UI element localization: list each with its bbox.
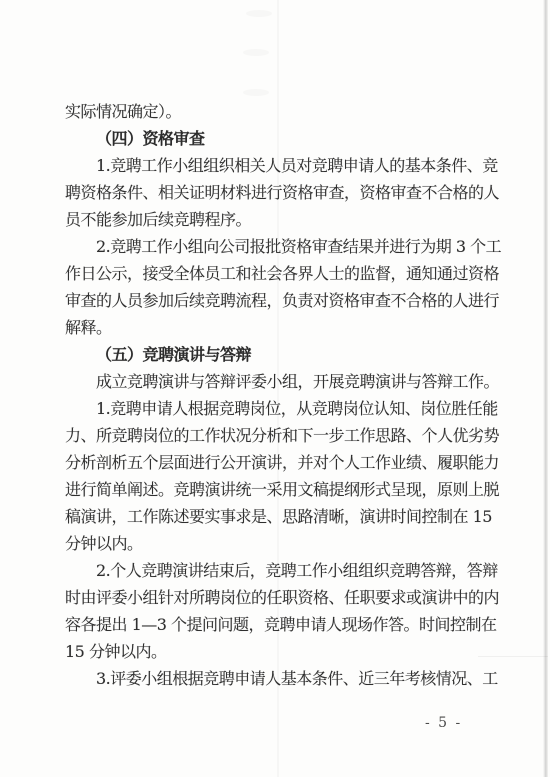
scan-smudge [246, 10, 272, 17]
text-line: 成立竞聘演讲与答辩评委小组，开展竞聘演讲与答辩工作。 [65, 368, 491, 395]
document-page: 实际情况确定）。（四）资格审查1.竞聘工作小组组织相关人员对竞聘申请人的基本条件… [0, 0, 550, 777]
text-line: 解释。 [65, 314, 491, 341]
text-line: 聘资格条件、相关证明材料进行资格审查，资格审查不合格的人 [65, 179, 491, 206]
text-line: 实际情况确定）。 [65, 98, 491, 125]
text-line: 15 分钟以内。 [65, 638, 491, 665]
text-line: 2.个人竞聘演讲结束后，竞聘工作小组组织竞聘答辩，答辩 [65, 557, 491, 584]
text-line: 力、所竞聘岗位的工作状况分析和下一步工作思路、个人优劣势 [65, 422, 491, 449]
text-line: 1.竞聘工作小组组织相关人员对竞聘申请人的基本条件、竞 [65, 152, 491, 179]
section-heading: （四）资格审查 [65, 125, 491, 152]
body-text: 实际情况确定）。（四）资格审查1.竞聘工作小组组织相关人员对竞聘申请人的基本条件… [65, 98, 491, 692]
text-line: 员不能参加后续竞聘程序。 [65, 206, 491, 233]
text-line: 2.竞聘工作小组向公司报批资格审查结果并进行为期 3 个工 [65, 233, 491, 260]
scan-smudge [243, 89, 269, 96]
text-line: 进行简单阐述。竞聘演讲统一采用文稿提纲形式呈现，原则上脱 [65, 476, 491, 503]
text-line: 1.竞聘申请人根据竞聘岗位，从竞聘岗位认知、岗位胜任能 [65, 395, 491, 422]
text-line: 分析剖析五个层面进行公开演讲，并对个人工作业绩、履职能力 [65, 449, 491, 476]
text-line: 审查的人员参加后续竞聘流程，负责对资格审查不合格的人进行 [65, 287, 491, 314]
section-heading: （五）竞聘演讲与答辩 [65, 341, 491, 368]
text-line: 时由评委小组针对所聘岗位的任职资格、任职要求或演讲中的内 [65, 584, 491, 611]
page-number: - 5 - [425, 712, 462, 734]
text-line: 作日公示，接受全体员工和社会各界人士的监督，通知通过资格 [65, 260, 491, 287]
scan-smudge [243, 49, 269, 56]
text-line: 分钟以内。 [65, 530, 491, 557]
text-line: 容各提出 1—3 个提问问题，竞聘申请人现场作答。时间控制在 [65, 611, 491, 638]
text-line: 稿演讲，工作陈述要实事求是、思路清晰，演讲时间控制在 15 [65, 503, 491, 530]
scan-page-edge [543, 0, 548, 777]
text-line: 3.评委小组根据竞聘申请人基本条件、近三年考核情况、工 [65, 665, 491, 692]
